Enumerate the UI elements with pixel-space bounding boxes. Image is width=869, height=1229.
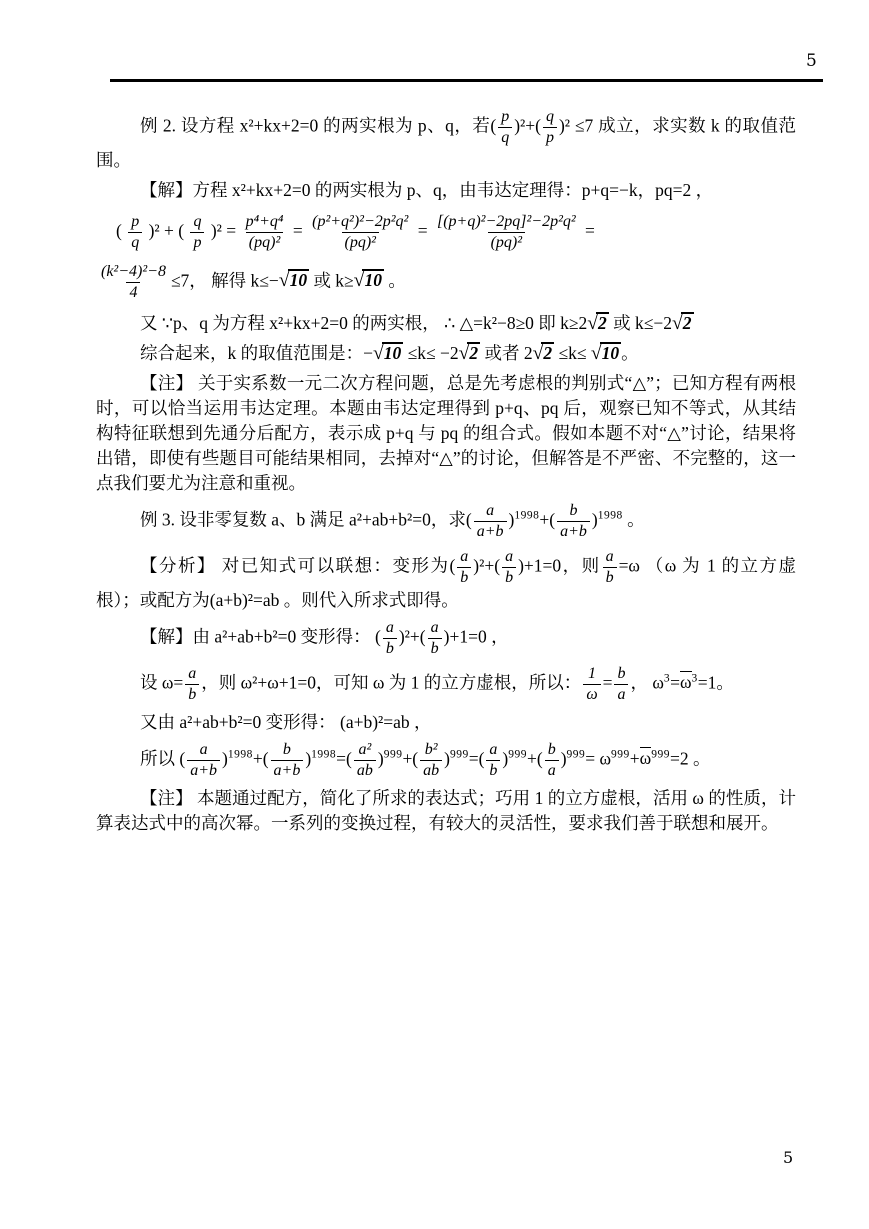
superscript: 999 [567,748,586,760]
radicand: 10 [362,269,384,290]
fraction: qp [543,108,557,147]
sqrt-expression: √10 [279,268,309,293]
fraction-denominator: (pq)² [246,232,283,252]
fraction-numerator: a [428,619,442,638]
fraction-numerator: p [128,213,142,232]
fraction-denominator: b [185,684,199,704]
fraction: aa+b [474,502,507,541]
sqrt-expression: √2 [587,311,609,336]
fraction-denominator: a+b [187,760,220,780]
fraction: ab [502,548,516,587]
fraction-denominator: b [603,567,617,587]
radicand: 10 [288,269,310,290]
footer-page-number: 5 [783,1150,793,1166]
fraction-numerator: a [457,548,471,567]
superscript: 999 [611,748,630,760]
fraction-numerator: [(p+q)²−2pq]²−2p²q² [434,213,579,232]
fraction-denominator: ab [420,760,442,780]
superscript: 999 [651,748,670,760]
fraction-denominator: 4 [126,282,140,302]
fraction-denominator: a [545,760,559,780]
fraction-denominator: a+b [474,521,507,541]
fraction-denominator: b [428,638,442,658]
example-2-note: 【注】 关于实系数一元二次方程问题，总是先考虑根的判别式“△”；已知方程有两根时… [96,371,796,496]
fraction-numerator: a [483,502,497,521]
fraction: ba [614,665,628,704]
fraction-denominator: p [190,232,204,252]
superscript: 999 [384,748,403,760]
fraction: ab [428,619,442,658]
radicand: 10 [600,342,622,363]
fraction-denominator: a+b [557,521,590,541]
sqrt-expression: √2 [672,311,694,336]
fraction: b²ab [420,741,442,780]
fraction-numerator: b [545,741,559,760]
fraction-numerator: 1 [585,665,599,684]
radicand: 2 [681,312,694,333]
fraction-numerator: b [566,502,580,521]
radicand: 2 [596,312,609,333]
superscript: 1998 [598,510,623,522]
fraction-numerator: a² [355,741,374,760]
fraction: a²ab [354,741,376,780]
fraction-numerator: b [280,741,294,760]
superscript: 3 [692,672,698,684]
fraction-numerator: (k²−4)²−8 [98,263,169,282]
example-3-note: 【注】 本题通过配方，简化了所求的表达式；巧用 1 的立方虚根，活用 ω 的性质… [96,786,796,836]
fraction: aa+b [187,741,220,780]
fraction-denominator: (pq)² [488,232,525,252]
fraction: pq [498,108,512,147]
example-2-problem: 例 2. 设方程 x²+kx+2=0 的两实根为 p、q，若(pq)²+(qp)… [96,107,796,173]
fraction-denominator: b [457,567,471,587]
fraction: ab [185,665,199,704]
fraction: (p²+q²)²−2p²q²(pq)² [309,213,411,252]
fraction-denominator: a [614,684,628,704]
fraction-numerator: p⁴+q⁴ [243,213,287,232]
superscript: 1998 [311,748,336,760]
radicand: 2 [467,342,480,363]
fraction-numerator: a [185,665,199,684]
fraction-numerator: a [486,741,500,760]
fraction-numerator: a [197,741,211,760]
fraction: ab [383,619,397,658]
fraction-denominator: ω [583,684,600,704]
fraction-numerator: (p²+q²)²−2p²q² [309,213,411,232]
overline-conjugate: ω [680,671,692,691]
superscript: 3 [664,672,670,684]
fraction: p⁴+q⁴(pq)² [243,213,287,252]
fraction: [(p+q)²−2pq]²−2p²q²(pq)² [434,213,579,252]
fraction: ba [545,741,559,780]
fraction: 1ω [583,665,600,704]
fraction-numerator: a [502,548,516,567]
fraction-numerator: q [190,213,204,232]
sqrt-expression: √2 [533,341,555,366]
example-3-problem: 例 3. 设非零复数 a、b 满足 a²+ab+b²=0，求(aa+b)1998… [96,501,796,542]
fraction: pq [128,213,142,252]
sqrt-expression: √10 [591,341,621,366]
fraction: qp [190,213,204,252]
superscript: 999 [508,748,527,760]
fraction-numerator: b [614,665,628,684]
fraction-denominator: b [502,567,516,587]
fraction-numerator: q [543,108,557,127]
fraction-denominator: q [498,127,512,147]
example-3-omega-step: 设 ω=ab，则 ω²+ω+1=0，可知 ω 为 1 的立方虚根，所以：1ω=b… [96,664,796,705]
superscript: 999 [450,748,469,760]
fraction-denominator: b [383,638,397,658]
overline-conjugate: ω [640,747,652,767]
example-3-solution-step1: 【解】由 a²+ab+b²=0 变形得： (ab)²+(ab)+1=0 ， [96,618,796,659]
header-page-number: 5 [806,53,817,70]
sqrt-expression: √2 [459,341,481,366]
fraction-numerator: b² [422,741,441,760]
radicand: 2 [541,342,554,363]
example-3-analysis: 【分析】 对已知式可以联想：变形为(ab)²+(ab)+1=0，则ab=ω （ω… [96,547,796,613]
example-3-final-chain: 所以 (aa+b)1998+(ba+b)1998=(a²ab)999+(b²ab… [96,740,796,781]
example-2-equation-chain: ( pq )² + ( qp )² = p⁴+q⁴(pq)² = (p²+q²)… [96,212,796,253]
fraction: ab [457,548,471,587]
fraction-denominator: ab [354,760,376,780]
fraction-denominator: b [486,760,500,780]
fraction: ba+b [557,502,590,541]
example-3-solution-step2: 又由 a²+ab+b²=0 变形得： (a+b)²=ab ， [96,710,796,735]
superscript: 1998 [514,510,539,522]
fraction: (k²−4)²−84 [98,263,169,302]
example-2-conclusion: 综合起来，k 的取值范围是：−√10 ≤k≤ −2√2 或者 2√2 ≤k≤ √… [96,341,796,366]
fraction-numerator: a [603,548,617,567]
fraction-numerator: a [383,619,397,638]
example-2-solution-intro: 【解】方程 x²+kx+2=0 的两实根为 p、q，由韦达定理得：p+q=−k，… [96,178,796,203]
sqrt-expression: √10 [373,341,403,366]
radicand: 10 [382,342,404,363]
fraction-denominator: (pq)² [342,232,379,252]
fraction-numerator: p [498,108,512,127]
superscript: 1998 [228,748,253,760]
example-2-inequality-result: (k²−4)²−84≤7， 解得 k≤−√10 或 k≥√10 。 [96,262,796,303]
fraction-denominator: q [128,232,142,252]
fraction: ba+b [271,741,304,780]
header-rule [110,79,823,82]
example-2-discriminant: 又 ∵p、q 为方程 x²+kx+2=0 的两实根， ∴ △=k²−8≥0 即 … [96,311,796,336]
fraction-denominator: a+b [271,760,304,780]
fraction: ab [603,548,617,587]
fraction-denominator: p [543,127,557,147]
fraction: ab [486,741,500,780]
sqrt-expression: √10 [354,268,384,293]
document-page: 5 例 2. 设方程 x²+kx+2=0 的两实根为 p、q，若(pq)²+(q… [0,0,869,1229]
document-content: 例 2. 设方程 x²+kx+2=0 的两实根为 p、q，若(pq)²+(qp)… [96,102,796,841]
